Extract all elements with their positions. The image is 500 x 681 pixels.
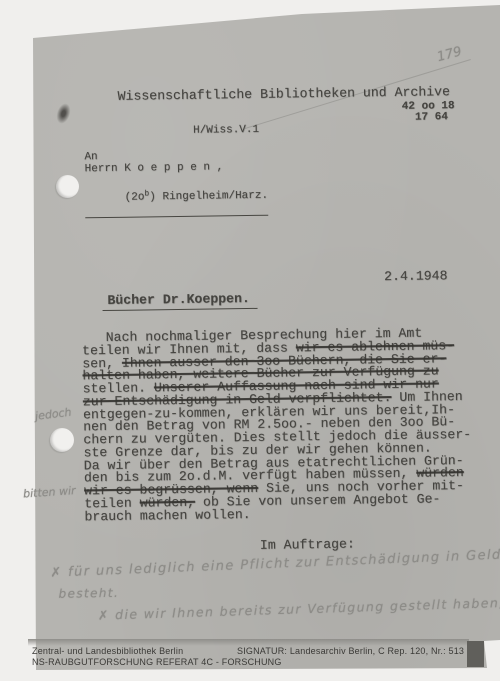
subject-line: Bücher Dr.Koeppen. (102, 291, 258, 311)
address-suffix: ) Ringelheim/Harz. (149, 190, 268, 204)
recipient-salutation: An (84, 151, 97, 163)
recipient-address: (2ob) Ringelheim/Harz. (85, 176, 269, 219)
letter-content: 179 Wissenschaftliche Bibliotheken und A… (0, 0, 500, 681)
archive-caption-department: NS-RAUBGUTFORSCHUNG REFERAT 4C - FORSCHU… (32, 657, 282, 667)
typed-text: brauch machen wollen. (84, 507, 250, 524)
address-prefix: (2o (125, 191, 145, 203)
archive-caption-library: Zentral- und Landesbibliothek Berlin (32, 646, 183, 656)
handwritten-page-number: 179 (436, 44, 464, 65)
handwritten-footnote-3: ✗ die wir Ihnen bereits zur Verfügung ge… (98, 595, 500, 623)
file-reference: H/Wiss.V.1 (193, 124, 259, 137)
archive-caption-signature: SIGNATUR: Landesarchiv Berlin, C Rep. 12… (237, 646, 464, 656)
letter-body: Nach nochmaliger Besprechung hier im Amt… (82, 327, 472, 524)
reference-number-line2: 17 64 (415, 111, 448, 123)
margin-note-bitten-wir: bitten wir (23, 484, 76, 500)
recipient-name: Herrn K o e p p e n , (85, 161, 224, 175)
margin-note-jedoch: jedoch (34, 406, 72, 423)
letterhead-organization: Wissenschaftliche Bibliotheken und Archi… (117, 84, 450, 104)
handwritten-footnote-2: besteht. (58, 586, 119, 601)
scanned-letter-page: 179 Wissenschaftliche Bibliotheken und A… (0, 0, 500, 681)
closing-line: Im Auftrage: (260, 537, 355, 553)
letter-date: 2.4.1948 (384, 268, 448, 284)
